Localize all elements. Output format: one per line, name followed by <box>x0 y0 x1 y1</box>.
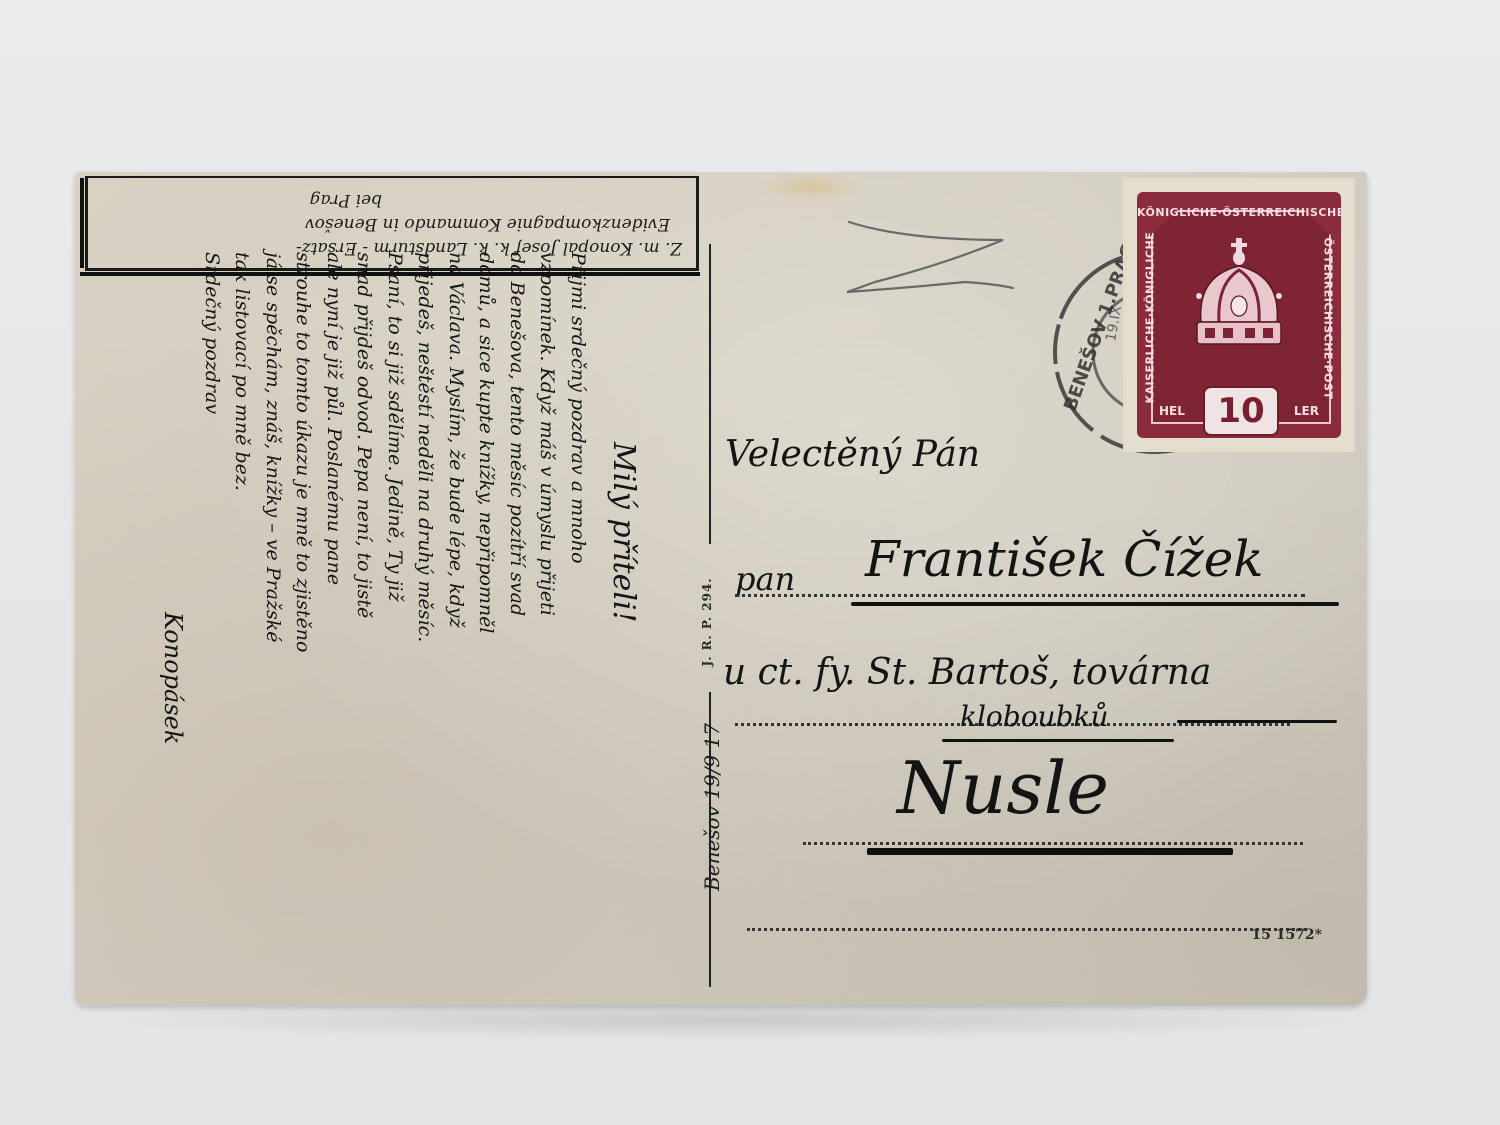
address-underline-1 <box>851 602 1339 606</box>
address-underline-city <box>867 848 1233 855</box>
message-line: do Benešova, tento měsíc pozítří svad <box>502 252 533 992</box>
message-line: na Václava. Myslím, že bude lépe, když <box>441 252 472 992</box>
message-line: domů, a sice kupte knížky, nepřipomněl <box>471 252 502 992</box>
address-city: Nusle <box>897 746 1109 830</box>
photo-background: Z. m. Konopal Josef k. k. Landsturm - Er… <box>0 0 1500 1125</box>
message-greeting: Milý příteli! <box>601 252 645 992</box>
message-line: vzpomínek. Když máš v úmyslu přijeti <box>532 252 563 992</box>
stamp-design: KÖNIGLICHE·ÖSTERREICHISCHE KAISERLICHE·K… <box>1137 192 1341 438</box>
message-line: snad přijdeš odvod. Pepa není, to jistě <box>349 252 380 992</box>
address-salutation: Velectěný Pán <box>725 434 980 475</box>
message-text: Milý příteli! Přijmi srdečný pozdrav a m… <box>125 252 645 992</box>
stamp-value: 10 <box>1203 386 1279 436</box>
address-dotted-line-4 <box>747 928 1307 931</box>
message-area: Milý příteli! Přijmi srdečný pozdrav a m… <box>115 242 655 1002</box>
sender-line: bei Prag <box>102 188 682 212</box>
address-recipient: František Čížek <box>865 530 1264 588</box>
message-line: přijedeš, neštěstí neděli na druhý měsíc… <box>410 252 441 992</box>
address-underline-sub <box>942 739 1174 742</box>
publisher-mark: J. R. P. 294. <box>700 547 720 697</box>
message-line: ale nyní je již půl. Poslanému pane <box>319 252 350 992</box>
message-line: Srdečný pozdrav <box>197 252 228 992</box>
crown-icon <box>1189 236 1289 356</box>
date-line: Benešov 19/9 17 <box>700 687 730 927</box>
stamp-text-left: KAISERLICHE·KÖNIGLICHE <box>1144 234 1157 404</box>
message-line: já se spěchám, znáš, knížky – ve Pražské <box>258 252 289 992</box>
center-divider-top <box>709 244 711 544</box>
message-signature: Konopásek <box>157 252 191 992</box>
card-shadow <box>92 1000 1372 1040</box>
postcard: Z. m. Konopal Josef k. k. Landsturm - Er… <box>75 172 1367 1005</box>
address-dotted-line-3 <box>803 842 1303 845</box>
address-firm: u ct. fy. St. Bartoš, továrna <box>723 652 1211 693</box>
stamp-text-right: ÖSTERREICHISCHE·POST <box>1322 234 1335 404</box>
message-line: strouhe to tomto úkazu je mně to zjistěn… <box>288 252 319 992</box>
stamp-unit-left: HEL <box>1159 404 1185 418</box>
message-line: tak listovací po mně bez. <box>227 252 258 992</box>
message-line: Psaní, to si již sdělíme. Jedině, Ty již <box>380 252 411 992</box>
address-firm-sub: kloboubků <box>960 700 1109 733</box>
pencil-z-mark-icon <box>845 212 1015 302</box>
address-pan: pan <box>735 560 795 598</box>
age-stain <box>755 172 865 202</box>
stamp-text-top: KÖNIGLICHE·ÖSTERREICHISCHE <box>1137 206 1341 219</box>
postage-stamp: KÖNIGLICHE·ÖSTERREICHISCHE KAISERLICHE·K… <box>1123 178 1355 452</box>
message-line: Přijmi srdečný pozdrav a mnoho <box>563 252 594 992</box>
sender-line: Evidenzkompagnie Kommando in Benešov <box>102 212 682 236</box>
address-underline-firm <box>1177 720 1337 723</box>
address-dotted-line-1 <box>735 594 1305 597</box>
stamp-unit-right: LER <box>1294 404 1319 418</box>
print-number: 15 1572* <box>1251 927 1322 943</box>
